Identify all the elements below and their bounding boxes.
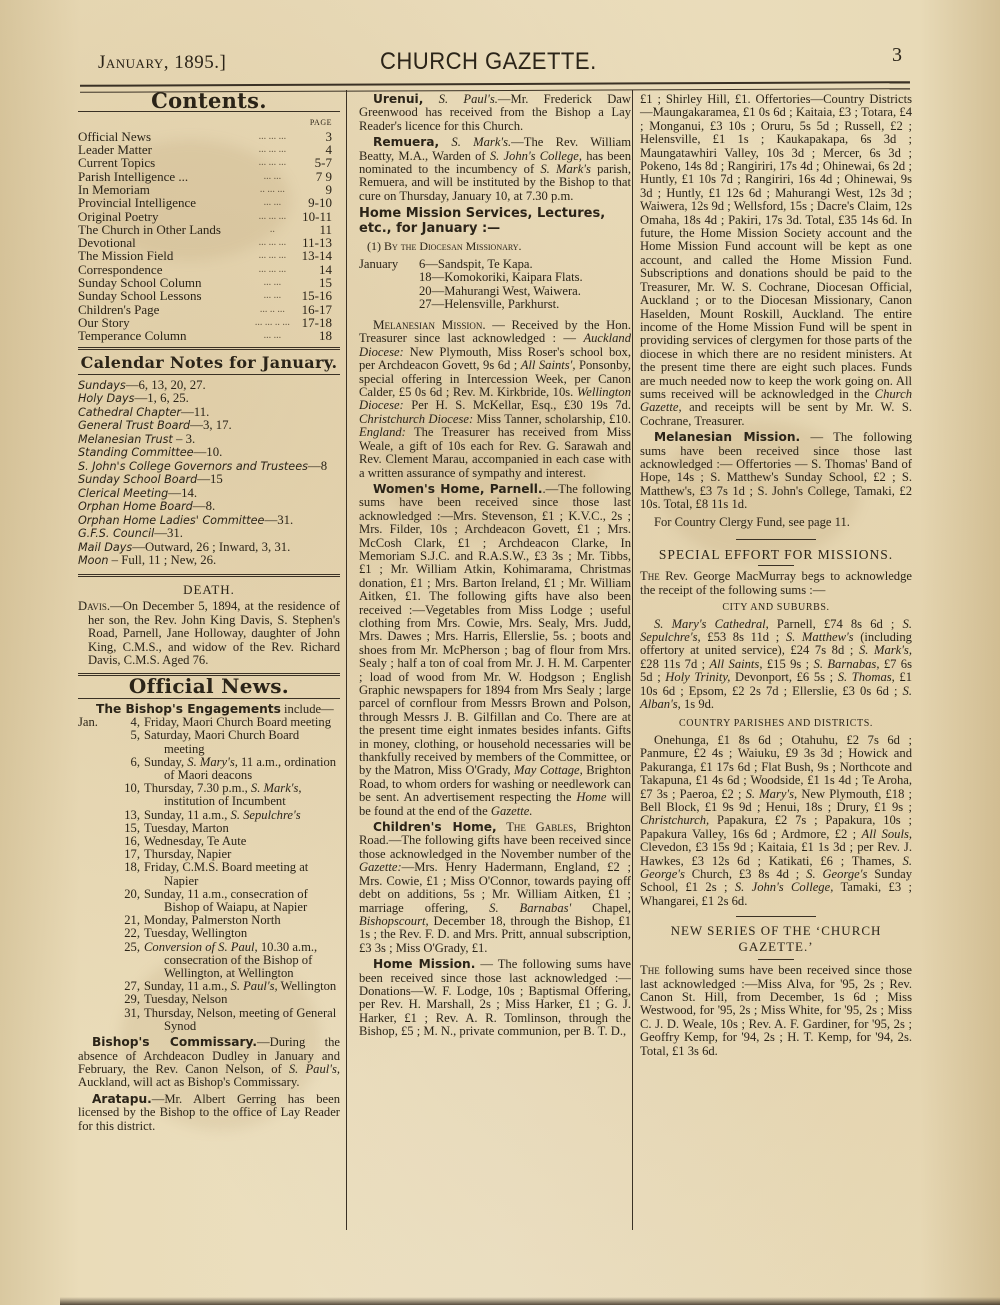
schedule-item: 18—Komokoriki, Kaipara Flats. <box>419 271 631 285</box>
text: following sums have been received since … <box>640 963 912 1057</box>
text: Wellington <box>278 979 337 993</box>
toc-page: 18 <box>294 329 340 342</box>
engagement-day: 22, <box>114 927 144 940</box>
text-italic: S. Mark's, <box>859 643 912 657</box>
womens-home-heading: Women's Home, Parnell. <box>373 482 543 496</box>
calendar-value: —15 <box>197 472 223 486</box>
engagement-row: 20,Sunday, 11 a.m., consecration of Bish… <box>78 888 340 914</box>
schedule-month: January <box>359 258 419 312</box>
calendar-value: —8. <box>193 499 215 513</box>
engagement-text: Thursday, Nelson, meeting of General Syn… <box>144 1007 340 1033</box>
childrens-home-notice: Children's Home, The Gables, Brighton Ro… <box>359 821 631 955</box>
calendar-label: Cathedral Chapter <box>78 406 181 419</box>
calendar-label: General Trust Board <box>78 419 190 432</box>
text-italic: Gazette: <box>359 860 402 874</box>
divider <box>78 574 340 577</box>
calendar-item: Mail Days—Outward, 26 ; Inward, 3, 31. <box>78 541 340 555</box>
melanesian-mission-notice: Melanesian Mission. — Received by the Ho… <box>359 318 631 480</box>
toc-label: The Mission Field <box>78 249 251 262</box>
engagement-row: 29,Tuesday, Nelson <box>78 993 340 1006</box>
text-italic: Christchurch Diocese: <box>359 412 473 426</box>
toc-page: 13-14 <box>294 249 340 262</box>
toc-page: 15-16 <box>294 289 340 302</box>
home-mission-continued: £1 ; Shirley Hill, £1. Offertories—Count… <box>640 93 912 428</box>
engagement-text: Sunday, 11 a.m., S. Sepulchre's <box>144 809 340 822</box>
toc-leader: ... ... ... <box>251 263 293 276</box>
engagement-day: 29, <box>114 993 144 1006</box>
diocesan-missionary-subheading: (1) By the Diocesan Missionary. <box>359 240 631 253</box>
text: Church, £3 8s 4d ; <box>685 867 806 881</box>
text: 1s 9d. <box>681 697 714 711</box>
text-smallcaps: The <box>640 569 660 583</box>
toc-label: Official News <box>78 130 251 143</box>
death-notice: Davis.—On December 5, 1894, at the resid… <box>78 600 340 667</box>
toc-leader: ... .. ... <box>251 303 293 316</box>
calendar-item: General Trust Board—3, 17. <box>78 419 340 433</box>
remuera-heading: Remuera, <box>373 135 439 149</box>
text-italic: S. Mark's <box>540 162 591 176</box>
toc-leader: ... ... <box>251 276 293 289</box>
urenui-heading: Urenui, <box>373 92 423 106</box>
toc-row: Parish Intelligence ...... ...7 9 <box>78 170 340 183</box>
text: Sunday, <box>144 755 187 769</box>
table-of-contents: Official News... ... ...3Leader Matter..… <box>78 130 340 343</box>
calendar-label: Sundays <box>78 379 126 392</box>
toc-label: Devotional <box>78 236 251 249</box>
publication-title: CHURCH GAZETTE. <box>380 48 597 76</box>
calendar-item: Clerical Meeting—14. <box>78 487 340 501</box>
engagements-list: Jan.4,Friday, Maori Church Board meeting… <box>78 716 340 1033</box>
text-italic: S. Barnabas, <box>814 657 880 671</box>
calendar-label: Sunday School Board <box>78 473 197 486</box>
schedule-item: 6—Sandspit, Te Kapa. <box>419 258 631 272</box>
text: Sunday, 11 a.m., <box>144 979 231 993</box>
city-suburbs-heading: CITY AND SUBURBS. <box>640 601 912 614</box>
text: Clevedon, £3 15s 9d ; Kaitaia, £1 1s 3d … <box>640 840 912 867</box>
engagement-row: 10,Thursday, 7.30 p.m., S. Mark's, insti… <box>78 782 340 808</box>
text: Rev. George MacMurray begs to acknowledg… <box>640 569 912 596</box>
toc-label: Children's Page <box>78 303 251 316</box>
column-1: Contents. PAGE Official News... ... ...3… <box>78 90 340 1133</box>
toc-page: 3 <box>294 130 340 143</box>
engagements-heading: The Bishop's Engagements <box>96 702 281 716</box>
toc-row: Provincial Intelligence... ...9-10 <box>78 196 340 209</box>
melanesian-heading: Melanesian Mission. <box>373 317 486 332</box>
calendar-item: Cathedral Chapter—11. <box>78 406 340 420</box>
toc-leader: .. <box>251 223 293 236</box>
text: Miss Tanner, scholarship, £10. <box>473 412 631 426</box>
text: Devonport, £6 5s ; <box>730 670 837 684</box>
text-italic: Bishopscourt, <box>359 914 429 928</box>
column-2: Urenui, S. Paul's.—Mr. Frederick Daw Gre… <box>359 90 631 1039</box>
engagement-row: 31,Thursday, Nelson, meeting of General … <box>78 1007 340 1033</box>
city-suburbs-list: S. Mary's Cathedral, Parnell, £74 8s 6d … <box>640 618 912 712</box>
calendar-label: Melanesian Trust <box>78 433 173 446</box>
remuera-notice: Remuera, S. Mark's.—The Rev. William Bea… <box>359 136 631 203</box>
commissary-heading: Bishop's Commissary. <box>92 1035 257 1049</box>
death-name: Davis. <box>78 599 110 613</box>
schedule-item: 20—Mahurangi West, Waiwera. <box>419 285 631 299</box>
calendar-value: —11. <box>181 405 209 419</box>
divider <box>736 539 816 540</box>
toc-row: The Church in Other Lands..11 <box>78 223 340 236</box>
toc-leader: ... ... ... <box>251 249 293 262</box>
toc-row: Current Topics... ... ...5-7 <box>78 156 340 169</box>
toc-row: Sunday School Column... ...15 <box>78 276 340 289</box>
text-italic: S. Paul's, <box>289 1062 340 1076</box>
new-series-notice: The following sums have been received si… <box>640 964 912 1058</box>
engagement-month: Jan. <box>78 716 114 729</box>
text-italic: Conversion of S. Paul, <box>144 940 258 954</box>
toc-leader: ... ... <box>251 170 293 183</box>
text: .—The following sums have been received … <box>359 482 631 778</box>
country-clergy-note: For Country Clergy Fund, see page 11. <box>640 516 912 529</box>
engagement-day: 5, <box>114 729 144 755</box>
engagement-day: 25, <box>114 941 144 981</box>
engagement-row: 6,Sunday, S. Mary's, 11 a.m., ordination… <box>78 756 340 782</box>
toc-page: 9 <box>294 183 340 196</box>
toc-page: 10-11 <box>294 210 340 223</box>
calendar-label: Mail Days <box>78 541 132 554</box>
text-italic: S. Sepulchre's <box>231 808 301 822</box>
toc-row: Devotional... ... ...11-13 <box>78 236 340 249</box>
text-italic: S. Mark's. <box>439 135 511 149</box>
text-italic: S. Mary's Cathedral, <box>654 617 769 631</box>
commissary-notice: Bishop's Commissary.—During the absence … <box>78 1036 340 1090</box>
death-heading: DEATH. <box>78 583 340 596</box>
page-number: 3 <box>892 44 902 67</box>
toc-label: Sunday School Lessons <box>78 289 251 302</box>
calendar-item: Standing Committee—10. <box>78 446 340 460</box>
toc-page: 4 <box>294 143 340 156</box>
calendar-notes: Sundays—6, 13, 20, 27.Holy Days—1, 6, 25… <box>78 379 340 568</box>
calendar-item: Sundays—6, 13, 20, 27. <box>78 379 340 393</box>
calendar-item: Moon – Full, 11 ; New, 26. <box>78 554 340 568</box>
text-smallcaps: The Gables, <box>497 820 577 834</box>
calendar-item: Sunday School Board—15 <box>78 473 340 487</box>
calendar-value: – Full, 11 ; New, 26. <box>108 553 216 567</box>
text-italic: S. Matthew's <box>786 630 854 644</box>
special-effort-intro: The Rev. George MacMurray begs to acknow… <box>640 570 912 597</box>
text: and receipts will be sent by Mr. W. S. C… <box>640 400 912 427</box>
engagement-row: 25,Conversion of S. Paul, 10.30 a.m., co… <box>78 941 340 981</box>
toc-row: In Memoriam.. ... ...9 <box>78 183 340 196</box>
engagement-text: Friday, C.M.S. Board meeting at Napier <box>144 861 340 887</box>
text-italic: S. Paul's. <box>423 92 498 106</box>
country-parishes-heading: COUNTRY PARISHES AND DISTRICTS. <box>640 717 912 730</box>
womens-home-notice: Women's Home, Parnell..—The following su… <box>359 483 631 818</box>
text-italic: S. John's College, <box>490 149 582 163</box>
calendar-value: —31. <box>264 513 293 527</box>
toc-label: Original Poetry <box>78 210 251 223</box>
calendar-title: Calendar Notes for January. <box>78 356 340 369</box>
aratapu-heading: Aratapu. <box>92 1092 152 1106</box>
calendar-label: Standing Committee <box>78 446 194 459</box>
divider <box>78 347 340 350</box>
calendar-value: —10. <box>194 445 223 459</box>
special-effort-title: SPECIAL EFFORT FOR MISSIONS. <box>640 548 912 561</box>
column-3: £1 ; Shirley Hill, £1. Offertories—Count… <box>640 90 912 1058</box>
toc-page: 15 <box>294 276 340 289</box>
engagements-heading-line: The Bishop's Engagements include— <box>78 703 340 716</box>
engagement-day: 10, <box>114 782 144 808</box>
masthead: January, 1895.] CHURCH GAZETTE. 3 <box>80 44 910 84</box>
torn-page-edge <box>60 1297 1000 1305</box>
toc-leader: ... ... <box>251 196 293 209</box>
aratapu-notice: Aratapu.—Mr. Albert Gerring has been lic… <box>78 1093 340 1133</box>
text-italic: May Cottage, <box>514 763 583 777</box>
engagement-day: 13, <box>114 809 144 822</box>
text: £1 ; Shirley Hill, £1. Offertories—Count… <box>640 92 912 401</box>
calendar-value: —Outward, 26 ; Inward, 3, 31. <box>132 540 290 554</box>
engagement-text: Conversion of S. Paul, 10.30 a.m., conse… <box>144 941 340 981</box>
toc-page: 17-18 <box>294 316 340 329</box>
calendar-value: —8 <box>308 459 327 473</box>
toc-row: Correspondence... ... ...14 <box>78 263 340 276</box>
text: Auckland, will act as Bishop's Commissar… <box>78 1075 299 1089</box>
calendar-label: G.F.S. Council <box>78 527 154 540</box>
toc-page: 5-7 <box>294 156 340 169</box>
text-italic: S. Mary's, <box>187 755 238 769</box>
toc-label: Parish Intelligence ... <box>78 170 251 183</box>
newspaper-page: January, 1895.] CHURCH GAZETTE. 3 Conten… <box>0 0 1000 1305</box>
text: institution of Incumbent <box>164 794 286 808</box>
calendar-value: —6, 13, 20, 27. <box>126 378 206 392</box>
calendar-label: Clerical Meeting <box>78 487 168 500</box>
text-italic: All Saints', <box>521 358 576 372</box>
toc-leader: ... ... .. ... <box>251 316 293 329</box>
toc-page: 7 9 <box>294 170 340 183</box>
text: £15 9s ; <box>762 657 813 671</box>
text-italic: S. Paul's, <box>231 979 278 993</box>
text-italic: S. Mary's, <box>746 787 798 801</box>
toc-page: 16-17 <box>294 303 340 316</box>
text-italic: S. George's <box>806 867 867 881</box>
divider <box>78 374 340 375</box>
calendar-value: —1, 6, 25. <box>134 391 188 405</box>
toc-leader: .. ... ... <box>251 183 293 196</box>
text-italic: All Saints, <box>709 657 762 671</box>
toc-row: Official News... ... ...3 <box>78 130 340 143</box>
text-italic: Holy Trinity, <box>665 670 730 684</box>
calendar-item: Melanesian Trust – 3. <box>78 433 340 447</box>
engagement-text: Thursday, 7.30 p.m., S. Mark's, institut… <box>144 782 340 808</box>
toc-label: Leader Matter <box>78 143 251 156</box>
engagement-text: Saturday, Maori Church Board meeting <box>144 729 340 755</box>
contents-title: Contents. <box>78 94 340 107</box>
schedule-item: 27—Helensville, Parkhurst. <box>419 298 631 312</box>
calendar-item: Orphan Home Board—8. <box>78 500 340 514</box>
melanesian-heading: Melanesian Mission. <box>654 430 800 444</box>
home-mission-services-heading: Home Mission Services, Lectures, etc., f… <box>359 206 631 236</box>
engagement-row: 13,Sunday, 11 a.m., S. Sepulchre's <box>78 809 340 822</box>
toc-label: Current Topics <box>78 156 251 169</box>
text-italic: S. John's College, <box>735 880 834 894</box>
text: Parnell, £74 8s 6d ; <box>769 617 903 631</box>
melanesian-mission-offertories: Melanesian Mission. — The following sums… <box>640 431 912 511</box>
toc-page: 11-13 <box>294 236 340 249</box>
text: Chapel, <box>571 901 631 915</box>
text-italic: S. Mark's, <box>251 781 302 795</box>
toc-label: Sunday School Column <box>78 276 251 289</box>
toc-leader: ... ... <box>251 289 293 302</box>
toc-leader: ... ... ... <box>251 156 293 169</box>
toc-page-header: PAGE <box>78 116 332 129</box>
column-divider <box>346 90 347 1230</box>
calendar-item: Holy Days—1, 6, 25. <box>78 392 340 406</box>
new-series-title: NEW SERIES OF THE ‘CHURCH GAZETTE.’ <box>650 923 902 955</box>
text-italic: All Souls, <box>862 827 912 841</box>
engagements-suffix: include— <box>281 702 334 716</box>
toc-page: 11 <box>294 223 340 236</box>
text: Per H. S. McKellar, Esq., £30 19s 7d. <box>404 398 631 412</box>
calendar-label: Orphan Home Board <box>78 500 193 513</box>
calendar-label: Orphan Home Ladies' Committee <box>78 514 264 527</box>
engagement-text: Tuesday, Nelson <box>144 993 340 1006</box>
calendar-value: – 3. <box>173 432 195 446</box>
country-parishes-list: Onehunga, £1 8s 6d ; Otahuhu, £2 7s 6d ;… <box>640 734 912 908</box>
toc-label: The Church in Other Lands <box>78 223 251 236</box>
text: Thursday, 7.30 p.m., <box>144 781 251 795</box>
toc-label: Temperance Column <box>78 329 251 342</box>
toc-leader: ... ... ... <box>251 210 293 223</box>
toc-leader: ... ... <box>251 329 293 342</box>
toc-row: Leader Matter... ... ...4 <box>78 143 340 156</box>
text-italic: S. Thomas, <box>838 670 895 684</box>
schedule-items: 6—Sandspit, Te Kapa.18—Komokoriki, Kaipa… <box>419 258 631 312</box>
toc-row: Children's Page... .. ...16-17 <box>78 303 340 316</box>
engagement-day: 31, <box>114 1007 144 1033</box>
toc-page: 14 <box>294 263 340 276</box>
text: £53 8s 11d ; <box>701 630 786 644</box>
issue-date: January, 1895.] <box>98 52 226 74</box>
official-news-title: Official News. <box>78 680 340 693</box>
engagement-day: 20, <box>114 888 144 914</box>
divider <box>758 565 794 566</box>
toc-row: Our Story... ... .. ...17-18 <box>78 316 340 329</box>
toc-page: 9-10 <box>294 196 340 209</box>
calendar-value: —31. <box>154 526 183 540</box>
home-mission-heading: Home Mission. <box>373 957 475 971</box>
column-divider <box>632 90 633 1230</box>
home-mission-schedule: January 6—Sandspit, Te Kapa.18—Komokorik… <box>359 258 631 312</box>
text: Sunday, 11 a.m., <box>144 808 231 822</box>
toc-row: Sunday School Lessons... ...15-16 <box>78 289 340 302</box>
childrens-home-heading: Children's Home, <box>373 820 497 834</box>
engagement-day: 6, <box>114 756 144 782</box>
toc-row: Temperance Column... ...18 <box>78 329 340 342</box>
engagement-day: 18, <box>114 861 144 887</box>
toc-leader: ... ... ... <box>251 236 293 249</box>
toc-row: Original Poetry... ... ...10-11 <box>78 210 340 223</box>
calendar-value: —3, 17. <box>190 418 232 432</box>
toc-label: Provincial Intelligence <box>78 196 251 209</box>
toc-label: Our Story <box>78 316 251 329</box>
calendar-item: Orphan Home Ladies' Committee—31. <box>78 514 340 528</box>
engagement-text: Sunday, 11 a.m., consecration of Bishop … <box>144 888 340 914</box>
engagement-row: 18,Friday, C.M.S. Board meeting at Napie… <box>78 861 340 887</box>
calendar-item: G.F.S. Council—31. <box>78 527 340 541</box>
calendar-value: —14. <box>168 486 197 500</box>
toc-label: Correspondence <box>78 263 251 276</box>
text-italic: Gazette. <box>491 804 533 818</box>
engagement-text: Sunday, S. Mary's, 11 a.m., ordination o… <box>144 756 340 782</box>
toc-leader: ... ... ... <box>251 143 293 156</box>
divider <box>736 916 816 917</box>
urenui-notice: Urenui, S. Paul's.—Mr. Frederick Daw Gre… <box>359 93 631 133</box>
toc-row: The Mission Field... ... ...13-14 <box>78 249 340 262</box>
home-mission-notice: Home Mission. — The following sums have … <box>359 958 631 1038</box>
text-italic: England: <box>359 425 406 439</box>
toc-leader: ... ... ... <box>251 130 293 143</box>
text: £28 11s 7d ; <box>640 657 709 671</box>
death-text: —On December 5, 1894, at the residence o… <box>88 599 340 667</box>
calendar-label: Holy Days <box>78 392 134 405</box>
calendar-label: Moon <box>78 554 108 567</box>
text-smallcaps: The <box>640 963 660 977</box>
toc-label: In Memoriam <box>78 183 251 196</box>
calendar-label: S. John's College Governors and Trustees <box>78 460 308 473</box>
calendar-item: S. John's College Governors and Trustees… <box>78 460 340 474</box>
text-italic: Home <box>576 790 606 804</box>
text-italic: S. Barnabas' <box>489 901 571 915</box>
text-italic: Christchurch, <box>640 813 709 827</box>
engagement-row: 5,Saturday, Maori Church Board meeting <box>78 729 340 755</box>
divider <box>758 959 794 960</box>
